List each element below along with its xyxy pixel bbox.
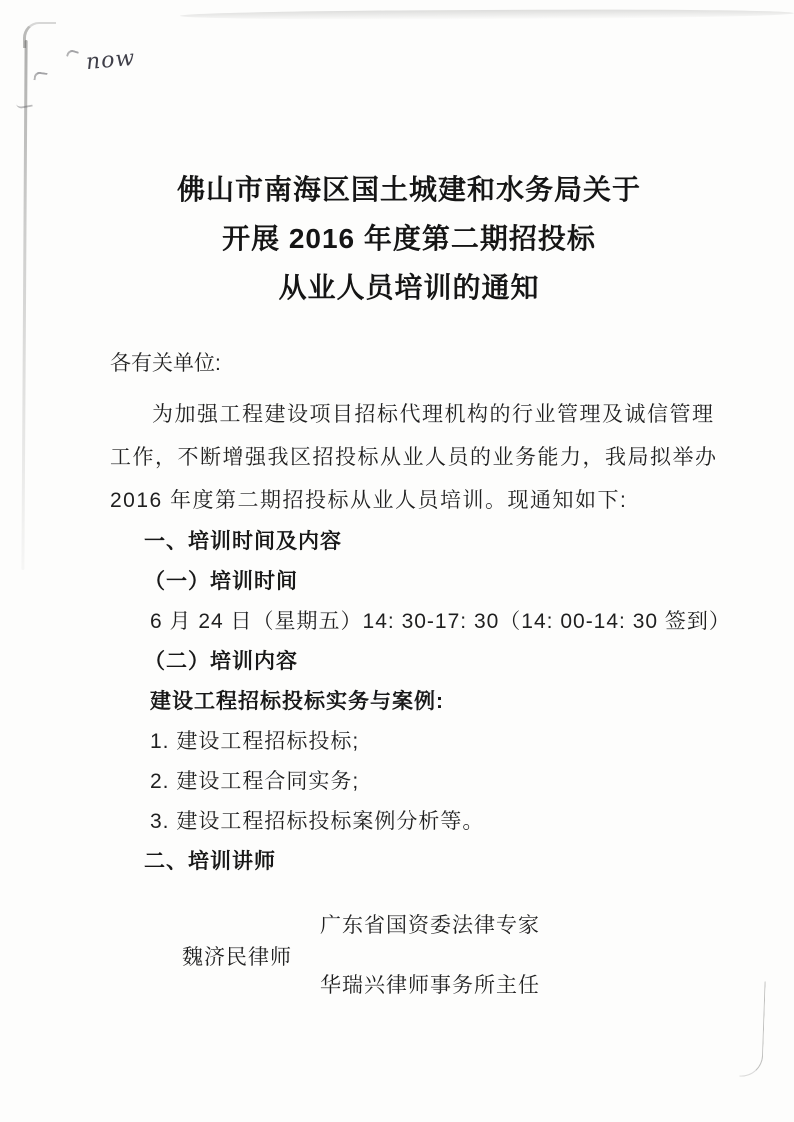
title-line-2: 开展 2016 年度第二期招投标 [110,214,708,263]
intro-paragraph: 为加强工程建设项目招标代理机构的行业管理及诚信管理 工作，不断增强我区招投标从业… [110,393,708,522]
title-line-1: 佛山市南海区国土城建和水务局关于 [110,165,708,214]
intro-line-1: 为加强工程建设项目招标代理机构的行业管理及诚信管理 [110,393,708,436]
scan-left-edge-shadow [21,40,27,570]
pencil-mark [15,97,32,110]
lecturer-credential-1: 广东省国资委法律专家 [320,896,540,956]
document-title: 佛山市南海区国土城建和水务局关于 开展 2016 年度第二期招投标 从业人员培训… [110,165,708,312]
scan-bottom-right-page-curl [739,981,765,1078]
intro-line-3: 2016 年度第二期招投标从业人员培训。现通知如下: [110,479,708,522]
section-1-1-heading: （一）培训时间 [110,562,708,602]
section-1-heading: 一、培训时间及内容 [110,522,708,562]
course-item-2: 2. 建设工程合同实务; [110,762,708,802]
intro-line-2: 工作，不断增强我区招投标从业人员的业务能力，我局拟举办 [110,436,708,479]
document-sections: 一、培训时间及内容 （一）培训时间 6 月 24 日（星期五）14: 30-17… [110,522,708,882]
course-overview: 建设工程招标投标实务与案例: [110,682,708,722]
lecturer-credentials: 广东省国资委法律专家 华瑞兴律师事务所主任 [320,896,540,1016]
scan-top-edge-smudge [180,9,794,21]
lecturer-credential-2: 华瑞兴律师事务所主任 [320,956,540,1016]
lecturer-block: 魏济民律师 广东省国资委法律专家 华瑞兴律师事务所主任 [110,896,708,1016]
pencil-mark [33,71,47,82]
salutation: 各有关单位: [110,349,708,379]
course-item-3: 3. 建设工程招标投标案例分析等。 [110,802,708,842]
pencil-mark [66,48,79,59]
training-time: 6 月 24 日（星期五）14: 30-17: 30（14: 00-14: 30… [110,602,708,642]
section-1-2-heading: （二）培训内容 [110,642,708,682]
scanned-document-page: now 佛山市南海区国土城建和水务局关于 开展 2016 年度第二期招投标 从业… [0,0,794,1122]
section-2-heading: 二、培训讲师 [110,842,708,882]
title-line-3: 从业人员培训的通知 [110,263,708,312]
lecturer-name: 魏济民律师 [182,941,292,971]
corner-fold-mark [23,22,56,48]
document-content: 佛山市南海区国土城建和水务局关于 开展 2016 年度第二期招投标 从业人员培训… [110,165,708,1016]
course-item-1: 1. 建设工程招标投标; [110,722,708,762]
handwritten-note: now [85,46,136,75]
